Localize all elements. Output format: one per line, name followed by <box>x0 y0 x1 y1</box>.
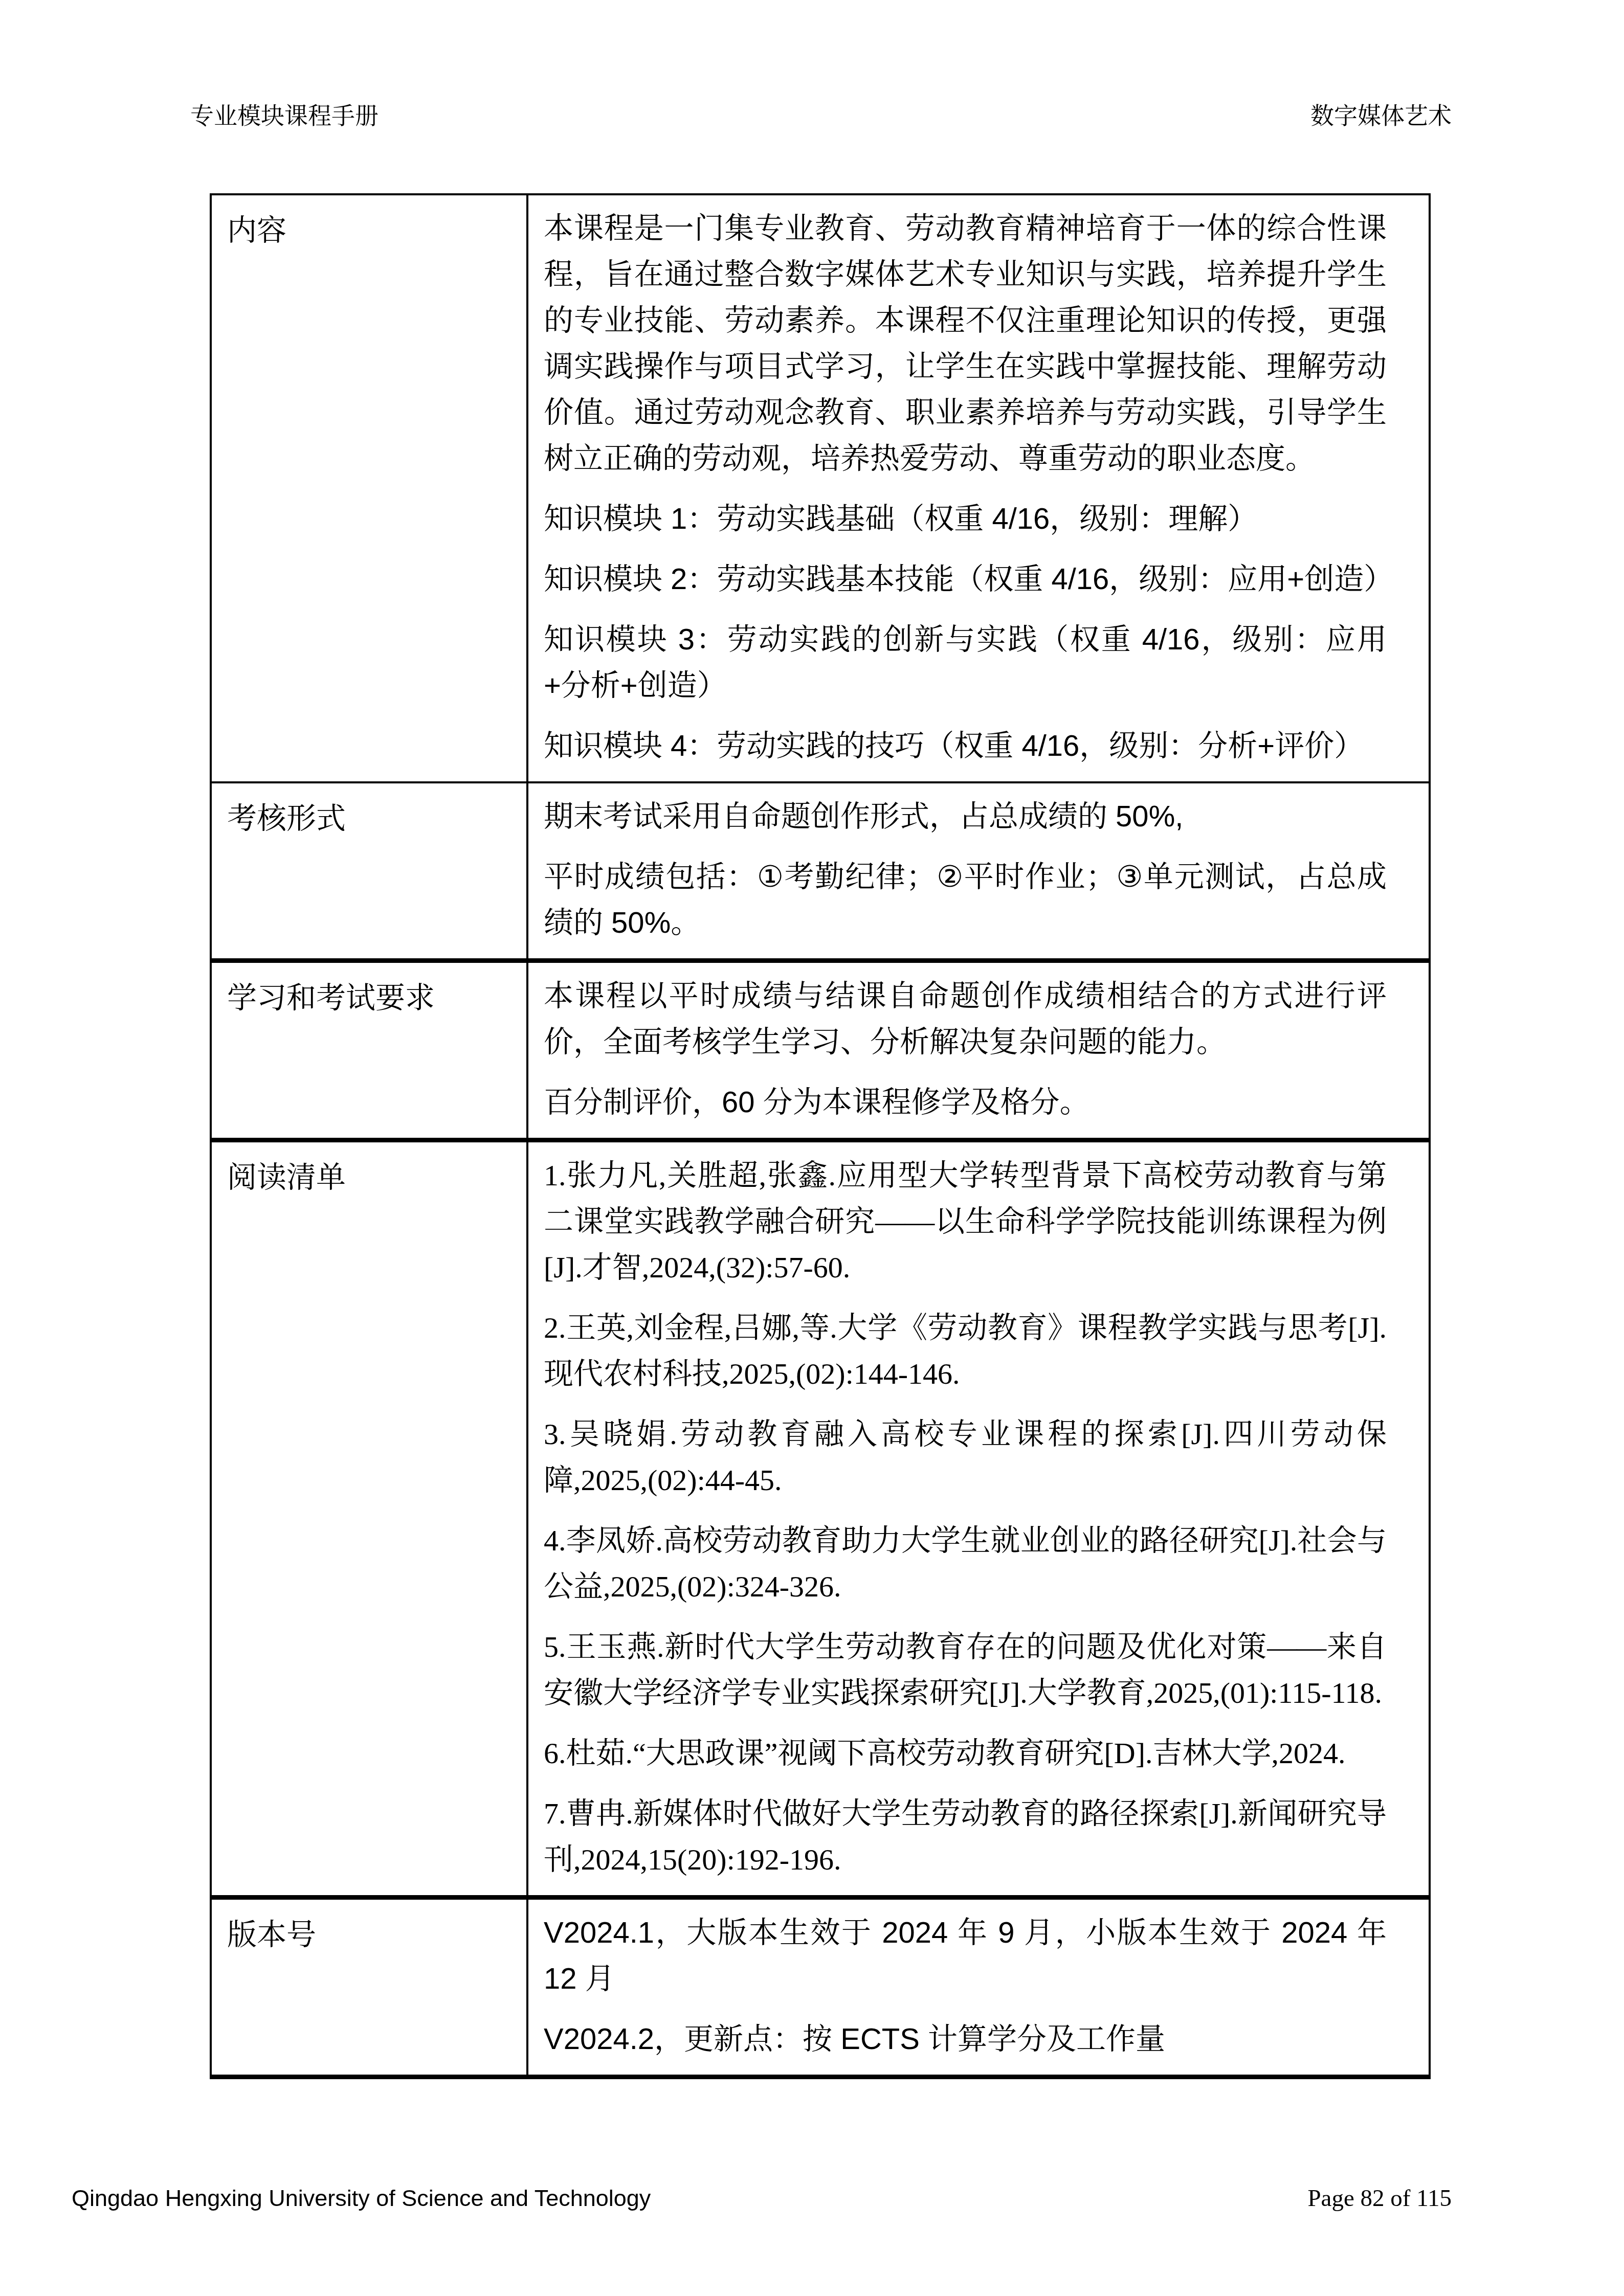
reference-item: 2.王英,刘金程,吕娜,等.大学《劳动教育》课程教学实践与思考[J].现代农村科… <box>544 1305 1387 1397</box>
assessment-final-exam-line: 期末考试采用自命题创作形式，占总成绩的 50%, <box>544 794 1387 840</box>
footer-institution-name: Qingdao Hengxing University of Science a… <box>72 2185 651 2212</box>
course-description-paragraph: 本课程是一门集专业教育、劳动教育精神培育于一体的综合性课程，旨在通过整合数字媒体… <box>544 206 1387 482</box>
version-line-2: V2024.2，更新点：按 ECTS 计算学分及工作量 <box>544 2016 1387 2062</box>
course-info-table: 内容 本课程是一门集专业教育、劳动教育精神培育于一体的综合性课程，旨在通过整合数… <box>210 193 1431 2079</box>
footer-page-number: Page 82 of 115 <box>1307 2185 1452 2212</box>
assessment-regular-grade-line: 平时成绩包括：①考勤纪律；②平时作业；③单元测试，占总成绩的 50%。 <box>544 854 1387 946</box>
version-line-1: V2024.1，大版本生效于 2024 年 9 月，小版本生效于 2024 年 … <box>544 1910 1387 2002</box>
row-value-assessment: 期末考试采用自命题创作形式，占总成绩的 50%, 平时成绩包括：①考勤纪律；②平… <box>526 783 1429 958</box>
knowledge-module-1: 知识模块 1：劳动实践基础（权重 4/16，级别：理解） <box>544 496 1387 542</box>
reference-item: 7.曹冉.新媒体时代做好大学生劳动教育的路径探索[J].新闻研究导刊,2024,… <box>544 1791 1387 1883</box>
row-value-content: 本课程是一门集专业教育、劳动教育精神培育于一体的综合性课程，旨在通过整合数字媒体… <box>526 195 1429 781</box>
row-value-version: V2024.1，大版本生效于 2024 年 9 月，小版本生效于 2024 年 … <box>526 1900 1429 2075</box>
table-row-content: 内容 本课程是一门集专业教育、劳动教育精神培育于一体的综合性课程，旨在通过整合数… <box>212 195 1429 783</box>
table-row-version: 版本号 V2024.1，大版本生效于 2024 年 9 月，小版本生效于 202… <box>212 1900 1429 2075</box>
row-label-assessment: 考核形式 <box>212 783 526 958</box>
table-row-reading-list: 阅读清单 1.张力凡,关胜超,张鑫.应用型大学转型背景下高校劳动教育与第二课堂实… <box>212 1142 1429 1900</box>
reference-item: 5.王玉燕.新时代大学生劳动教育存在的问题及优化对策——来自安徽大学经济学专业实… <box>544 1624 1387 1716</box>
knowledge-module-4: 知识模块 4：劳动实践的技巧（权重 4/16，级别：分析+评价） <box>544 723 1387 769</box>
reference-item: 4.李凤娇.高校劳动教育助力大学生就业创业的路径研究[J].社会与公益,2025… <box>544 1518 1387 1610</box>
row-label-reading-list: 阅读清单 <box>212 1142 526 1895</box>
table-row-assessment: 考核形式 期末考试采用自命题创作形式，占总成绩的 50%, 平时成绩包括：①考勤… <box>212 783 1429 963</box>
header-left-title: 专业模块课程手册 <box>190 100 379 131</box>
row-value-requirements: 本课程以平时成绩与结课自命题创作成绩相结合的方式进行评价，全面考核学生学习、分析… <box>526 963 1429 1138</box>
table-row-requirements: 学习和考试要求 本课程以平时成绩与结课自命题创作成绩相结合的方式进行评价，全面考… <box>212 963 1429 1142</box>
knowledge-module-3: 知识模块 3：劳动实践的创新与实践（权重 4/16，级别：应用+分析+创造） <box>544 617 1387 709</box>
knowledge-module-2: 知识模块 2：劳动实践基本技能（权重 4/16，级别：应用+创造） <box>544 556 1387 602</box>
header-right-title: 数字媒体艺术 <box>1310 100 1452 131</box>
reference-item: 6.杜茹.“大思政课”视阈下高校劳动教育研究[D].吉林大学,2024. <box>544 1730 1387 1776</box>
requirements-evaluation-line: 本课程以平时成绩与结课自命题创作成绩相结合的方式进行评价，全面考核学生学习、分析… <box>544 973 1387 1065</box>
page-footer: Qingdao Hengxing University of Science a… <box>72 2185 1452 2212</box>
row-label-requirements: 学习和考试要求 <box>212 963 526 1138</box>
reference-item: 1.张力凡,关胜超,张鑫.应用型大学转型背景下高校劳动教育与第二课堂实践教学融合… <box>544 1153 1387 1291</box>
reference-item: 3.吴晓娟.劳动教育融入高校专业课程的探索[J].四川劳动保障,2025,(02… <box>544 1411 1387 1503</box>
row-label-content: 内容 <box>212 195 526 781</box>
page-header: 专业模块课程手册 数字媒体艺术 <box>190 100 1452 131</box>
requirements-passing-score-line: 百分制评价，60 分为本课程修学及格分。 <box>544 1079 1387 1126</box>
row-label-version: 版本号 <box>212 1900 526 2075</box>
row-value-reading-list: 1.张力凡,关胜超,张鑫.应用型大学转型背景下高校劳动教育与第二课堂实践教学融合… <box>526 1142 1429 1895</box>
